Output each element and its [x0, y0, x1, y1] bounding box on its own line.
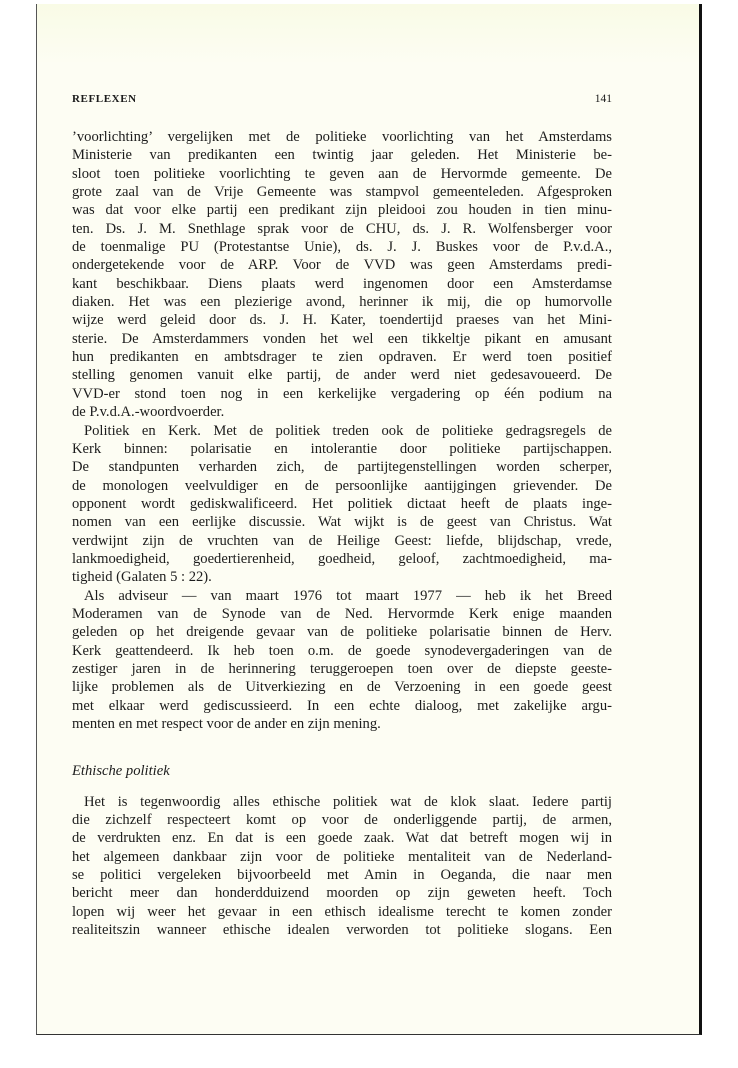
- text-line: verdwijnt zijn de vruchten van de Heilig…: [72, 532, 612, 550]
- text-line: VVD-er stond toen nog in een kerkelijke …: [72, 385, 612, 403]
- text-line: sloot toen politieke voorlichting te gev…: [72, 165, 612, 183]
- paragraph: Het is tegenwoordig alles ethische polit…: [72, 793, 612, 940]
- text-line: lankmoedigheid, goedertierenheid, goedhe…: [72, 550, 612, 568]
- text-line: de P.v.d.A.-woordvoerder.: [72, 403, 612, 421]
- text-line: Kerk geattendeerd. Ik heb toen o.m. de g…: [72, 642, 612, 660]
- text-line: hun predikanten en ambtsdrager te zien o…: [72, 348, 612, 366]
- text-line: menten en met respect voor de ander en z…: [72, 715, 612, 733]
- text-line: diaken. Het was een plezierige avond, he…: [72, 293, 612, 311]
- text-line: de verdrukten enz. En dat is een goede z…: [72, 829, 612, 847]
- text-line: lijke problemen als de Uitverkiezing en …: [72, 678, 612, 696]
- text-line: ’voorlichting’ vergelijken met de politi…: [72, 128, 612, 146]
- text-line: Als adviseur — van maart 1976 tot maart …: [72, 587, 612, 605]
- text-line: zestiger jaren in de herinnering terugge…: [72, 660, 612, 678]
- text-line: sterie. De Amsterdammers vonden het wel …: [72, 330, 612, 348]
- body-text: ’voorlichting’ vergelijken met de politi…: [72, 128, 612, 939]
- text-line: Politiek en Kerk. Met de politiek treden…: [72, 422, 612, 440]
- text-line: Kerk binnen: polarisatie en intolerantie…: [72, 440, 612, 458]
- section-heading: Ethische politiek: [72, 733, 612, 792]
- text-line: Het is tegenwoordig alles ethische polit…: [72, 793, 612, 811]
- text-line: nomen van een eerlijke discussie. Wat wi…: [72, 513, 612, 531]
- text-line: die zichzelf respecteert komt op voor de…: [72, 811, 612, 829]
- section-heading-text: Ethische politiek: [72, 763, 170, 779]
- running-title: REFLEXEN: [72, 93, 137, 105]
- paragraph: Politiek en Kerk. Met de politiek treden…: [72, 422, 612, 587]
- text-line: tigheid (Galaten 5 : 22).: [72, 568, 612, 586]
- running-head: REFLEXEN 141: [72, 93, 612, 109]
- text-line: opponent wordt gediskwalificeerd. Het po…: [72, 495, 612, 513]
- text-line: was dat voor elke partij een predikant z…: [72, 201, 612, 219]
- text-line: Ministerie van predikanten een twintig j…: [72, 146, 612, 164]
- text-line: Moderamen van de Synode van de Ned. Herv…: [72, 605, 612, 623]
- text-line: de monologen veelvuldiger en de persoonl…: [72, 477, 612, 495]
- text-line: lopen wij weer het gevaar in een ethisch…: [72, 903, 612, 921]
- text-line: stelling genomen vanuit elke partij, de …: [72, 366, 612, 384]
- text-line: het algemeen dankbaar zijn voor de polit…: [72, 848, 612, 866]
- text-line: geleden op het dreigende gevaar van de p…: [72, 623, 612, 641]
- text-line: met elkaar werd gediscussieerd. In een e…: [72, 697, 612, 715]
- text-line: wijze werd geleid door ds. J. H. Kater, …: [72, 311, 612, 329]
- text-line: ondergetekende voor de ARP. Voor de VVD …: [72, 256, 612, 274]
- text-line: se politici vergeleken bijvoorbeeld met …: [72, 866, 612, 884]
- text-line: kant beschikbaar. Diens plaats werd inge…: [72, 275, 612, 293]
- text-line: bericht meer dan honderdduizend moorden …: [72, 884, 612, 902]
- text-line: grote zaal van de Vrije Gemeente was sta…: [72, 183, 612, 201]
- text-line: realiteitszin wanneer ethische idealen v…: [72, 921, 612, 939]
- text-line: de toenmalige PU (Protestantse Unie), ds…: [72, 238, 612, 256]
- paragraph: Als adviseur — van maart 1976 tot maart …: [72, 587, 612, 734]
- text-line: ten. Ds. J. M. Snethlage sprak voor de C…: [72, 220, 612, 238]
- paragraph: ’voorlichting’ vergelijken met de politi…: [72, 128, 612, 422]
- page-number: 141: [595, 93, 612, 105]
- book-page: REFLEXEN 141 ’voorlichting’ vergelijken …: [36, 4, 702, 1035]
- text-line: De standpunten verharden zich, de partij…: [72, 458, 612, 476]
